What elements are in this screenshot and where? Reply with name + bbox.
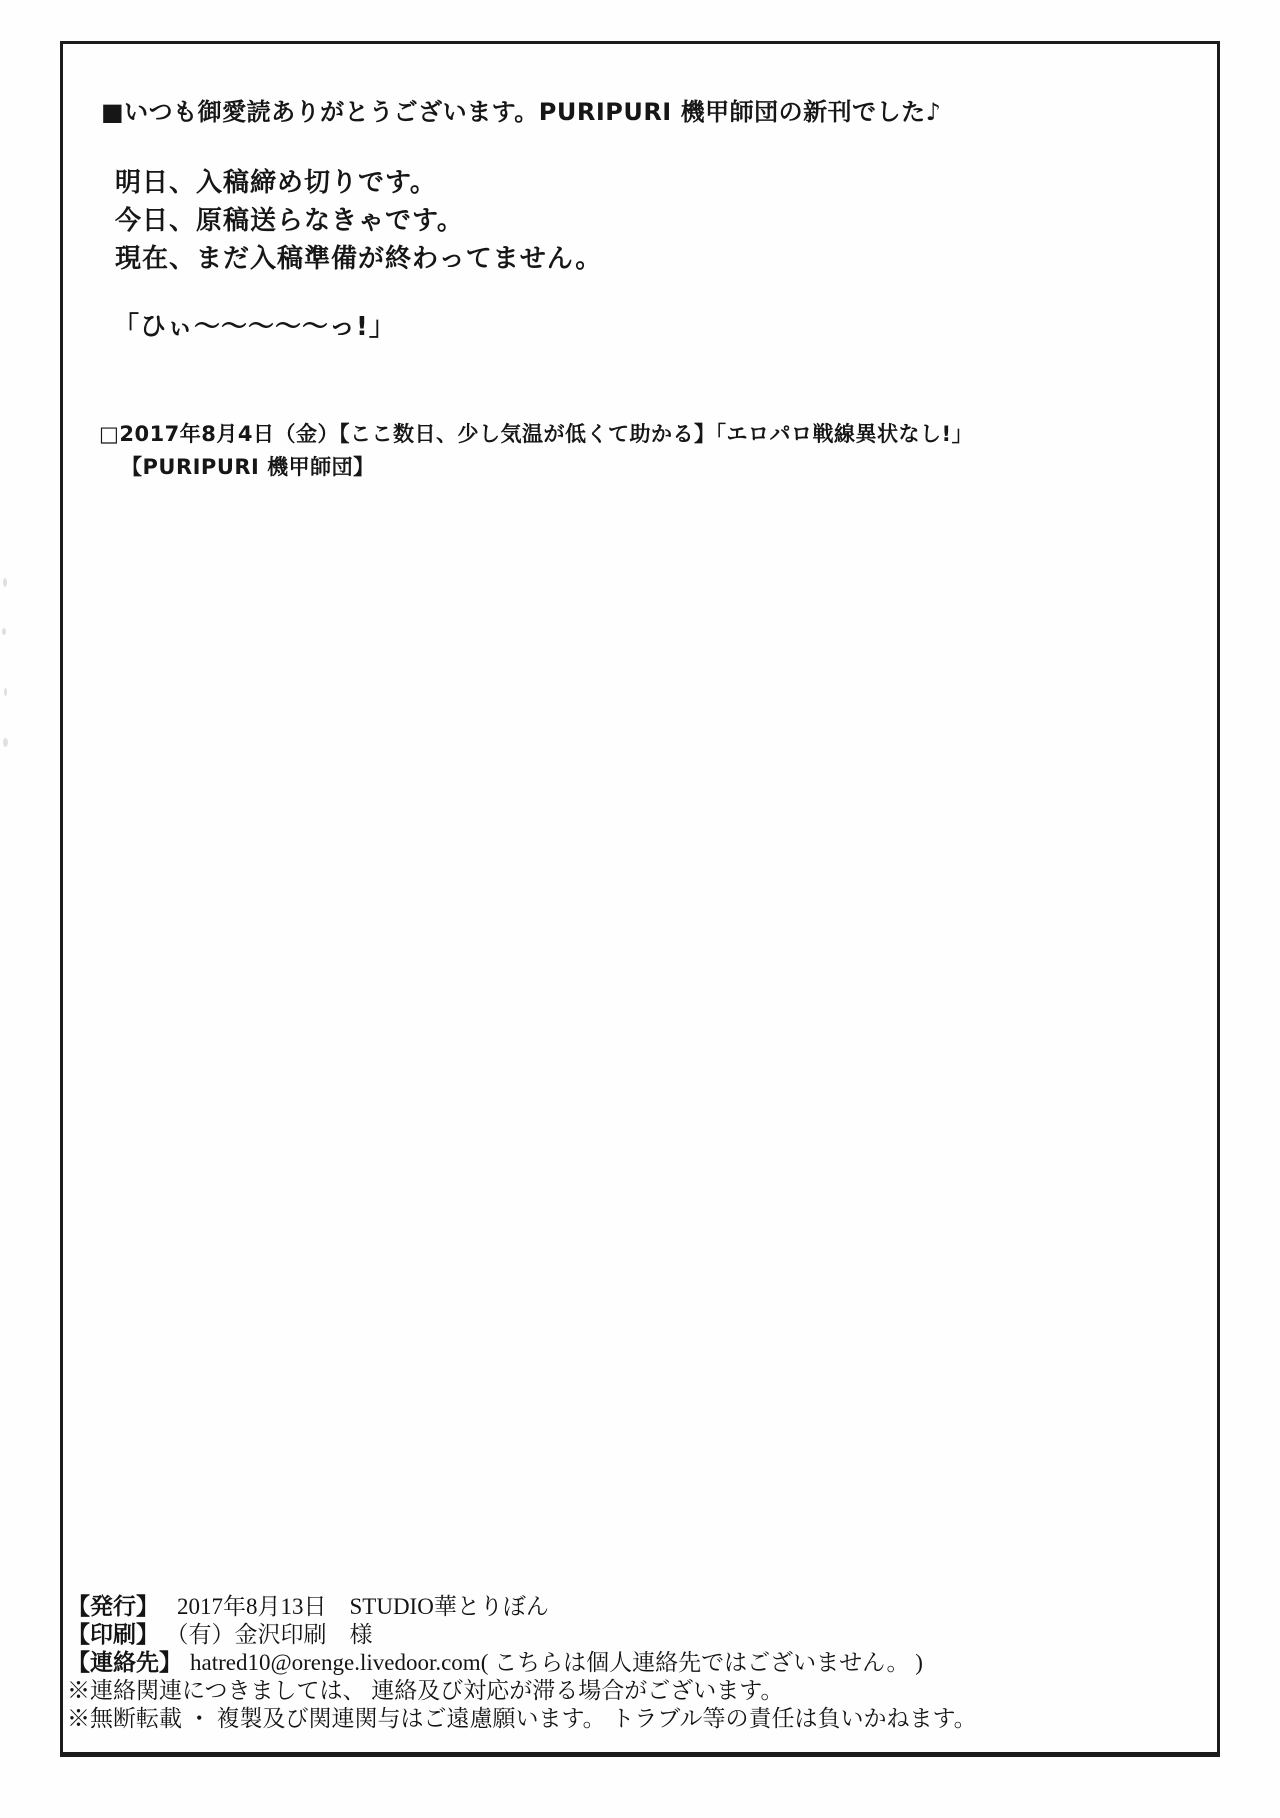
scan-speck — [2, 628, 6, 635]
deadline-status-block: 明日、入稿締め切りです。 今日、原稿送らなきゃです。 現在、まだ入稿準備が終わっ… — [115, 164, 602, 278]
deadline-line-today: 今日、原稿送らなきゃです。 — [115, 202, 602, 240]
scan-speck — [4, 688, 7, 696]
scan-speck — [3, 578, 7, 587]
contact-email-text: hatred10@orenge.livedoor.com( こちらは個人連絡先で… — [190, 1650, 923, 1675]
colophon-contact-row: 【連絡先】hatred10@orenge.livedoor.com( こちらは個… — [67, 1649, 1187, 1677]
scanned-afterword-page: ■いつも御愛読ありがとうございます。PURIPURI 機甲師団の新刊でした♪ 明… — [0, 0, 1280, 1818]
colophon-note-no-reproduction: ※無断転載 ・ 複製及び関連関与はご遠慮願います。 トラブル等の責任は負いかねま… — [67, 1705, 1187, 1733]
diary-entry-date-line: □2017年8月4日（金）【ここ数日、少し気温が低くて助かる】「エロパロ戦線異状… — [99, 418, 973, 451]
colophon-printer-row: 【印刷】（有）金沢印刷 様 — [67, 1621, 1187, 1649]
contact-label: 【連絡先】 — [67, 1650, 182, 1675]
publisher-value: 2017年8月13日 STUDIO華とりぼん — [177, 1594, 549, 1619]
scan-speck — [3, 738, 8, 747]
page-content: ■いつも御愛読ありがとうございます。PURIPURI 機甲師団の新刊でした♪ 明… — [63, 44, 1217, 1752]
colophon-note-contact-delay: ※連絡関連につきましては、 連絡及び対応が滞る場合がございます。 — [67, 1677, 1187, 1705]
diary-entry-circle-name: 【PURIPURI 機甲師団】 — [99, 451, 973, 484]
diary-entry-block: □2017年8月4日（金）【ここ数日、少し気温が低くて助かる】「エロパロ戦線異状… — [99, 418, 973, 484]
printer-value: （有）金沢印刷 様 — [177, 1622, 373, 1647]
deadline-line-tomorrow: 明日、入稿締め切りです。 — [115, 164, 602, 202]
colophon-publisher-row: 【発行】2017年8月13日 STUDIO華とりぼん — [67, 1593, 1187, 1621]
deadline-line-now: 現在、まだ入稿準備が終わってません。 — [115, 240, 602, 278]
colophon-block: 【発行】2017年8月13日 STUDIO華とりぼん 【印刷】（有）金沢印刷 様… — [67, 1593, 1187, 1733]
publisher-label: 【発行】 — [67, 1594, 159, 1619]
greeting-line: ■いつも御愛読ありがとうございます。PURIPURI 機甲師団の新刊でした♪ — [101, 92, 941, 127]
printer-label: 【印刷】 — [67, 1622, 159, 1647]
scream-line: 「ひぃ～～～～～っ!」 — [113, 306, 396, 343]
page-border-frame: ■いつも御愛読ありがとうございます。PURIPURI 機甲師団の新刊でした♪ 明… — [60, 41, 1220, 1757]
